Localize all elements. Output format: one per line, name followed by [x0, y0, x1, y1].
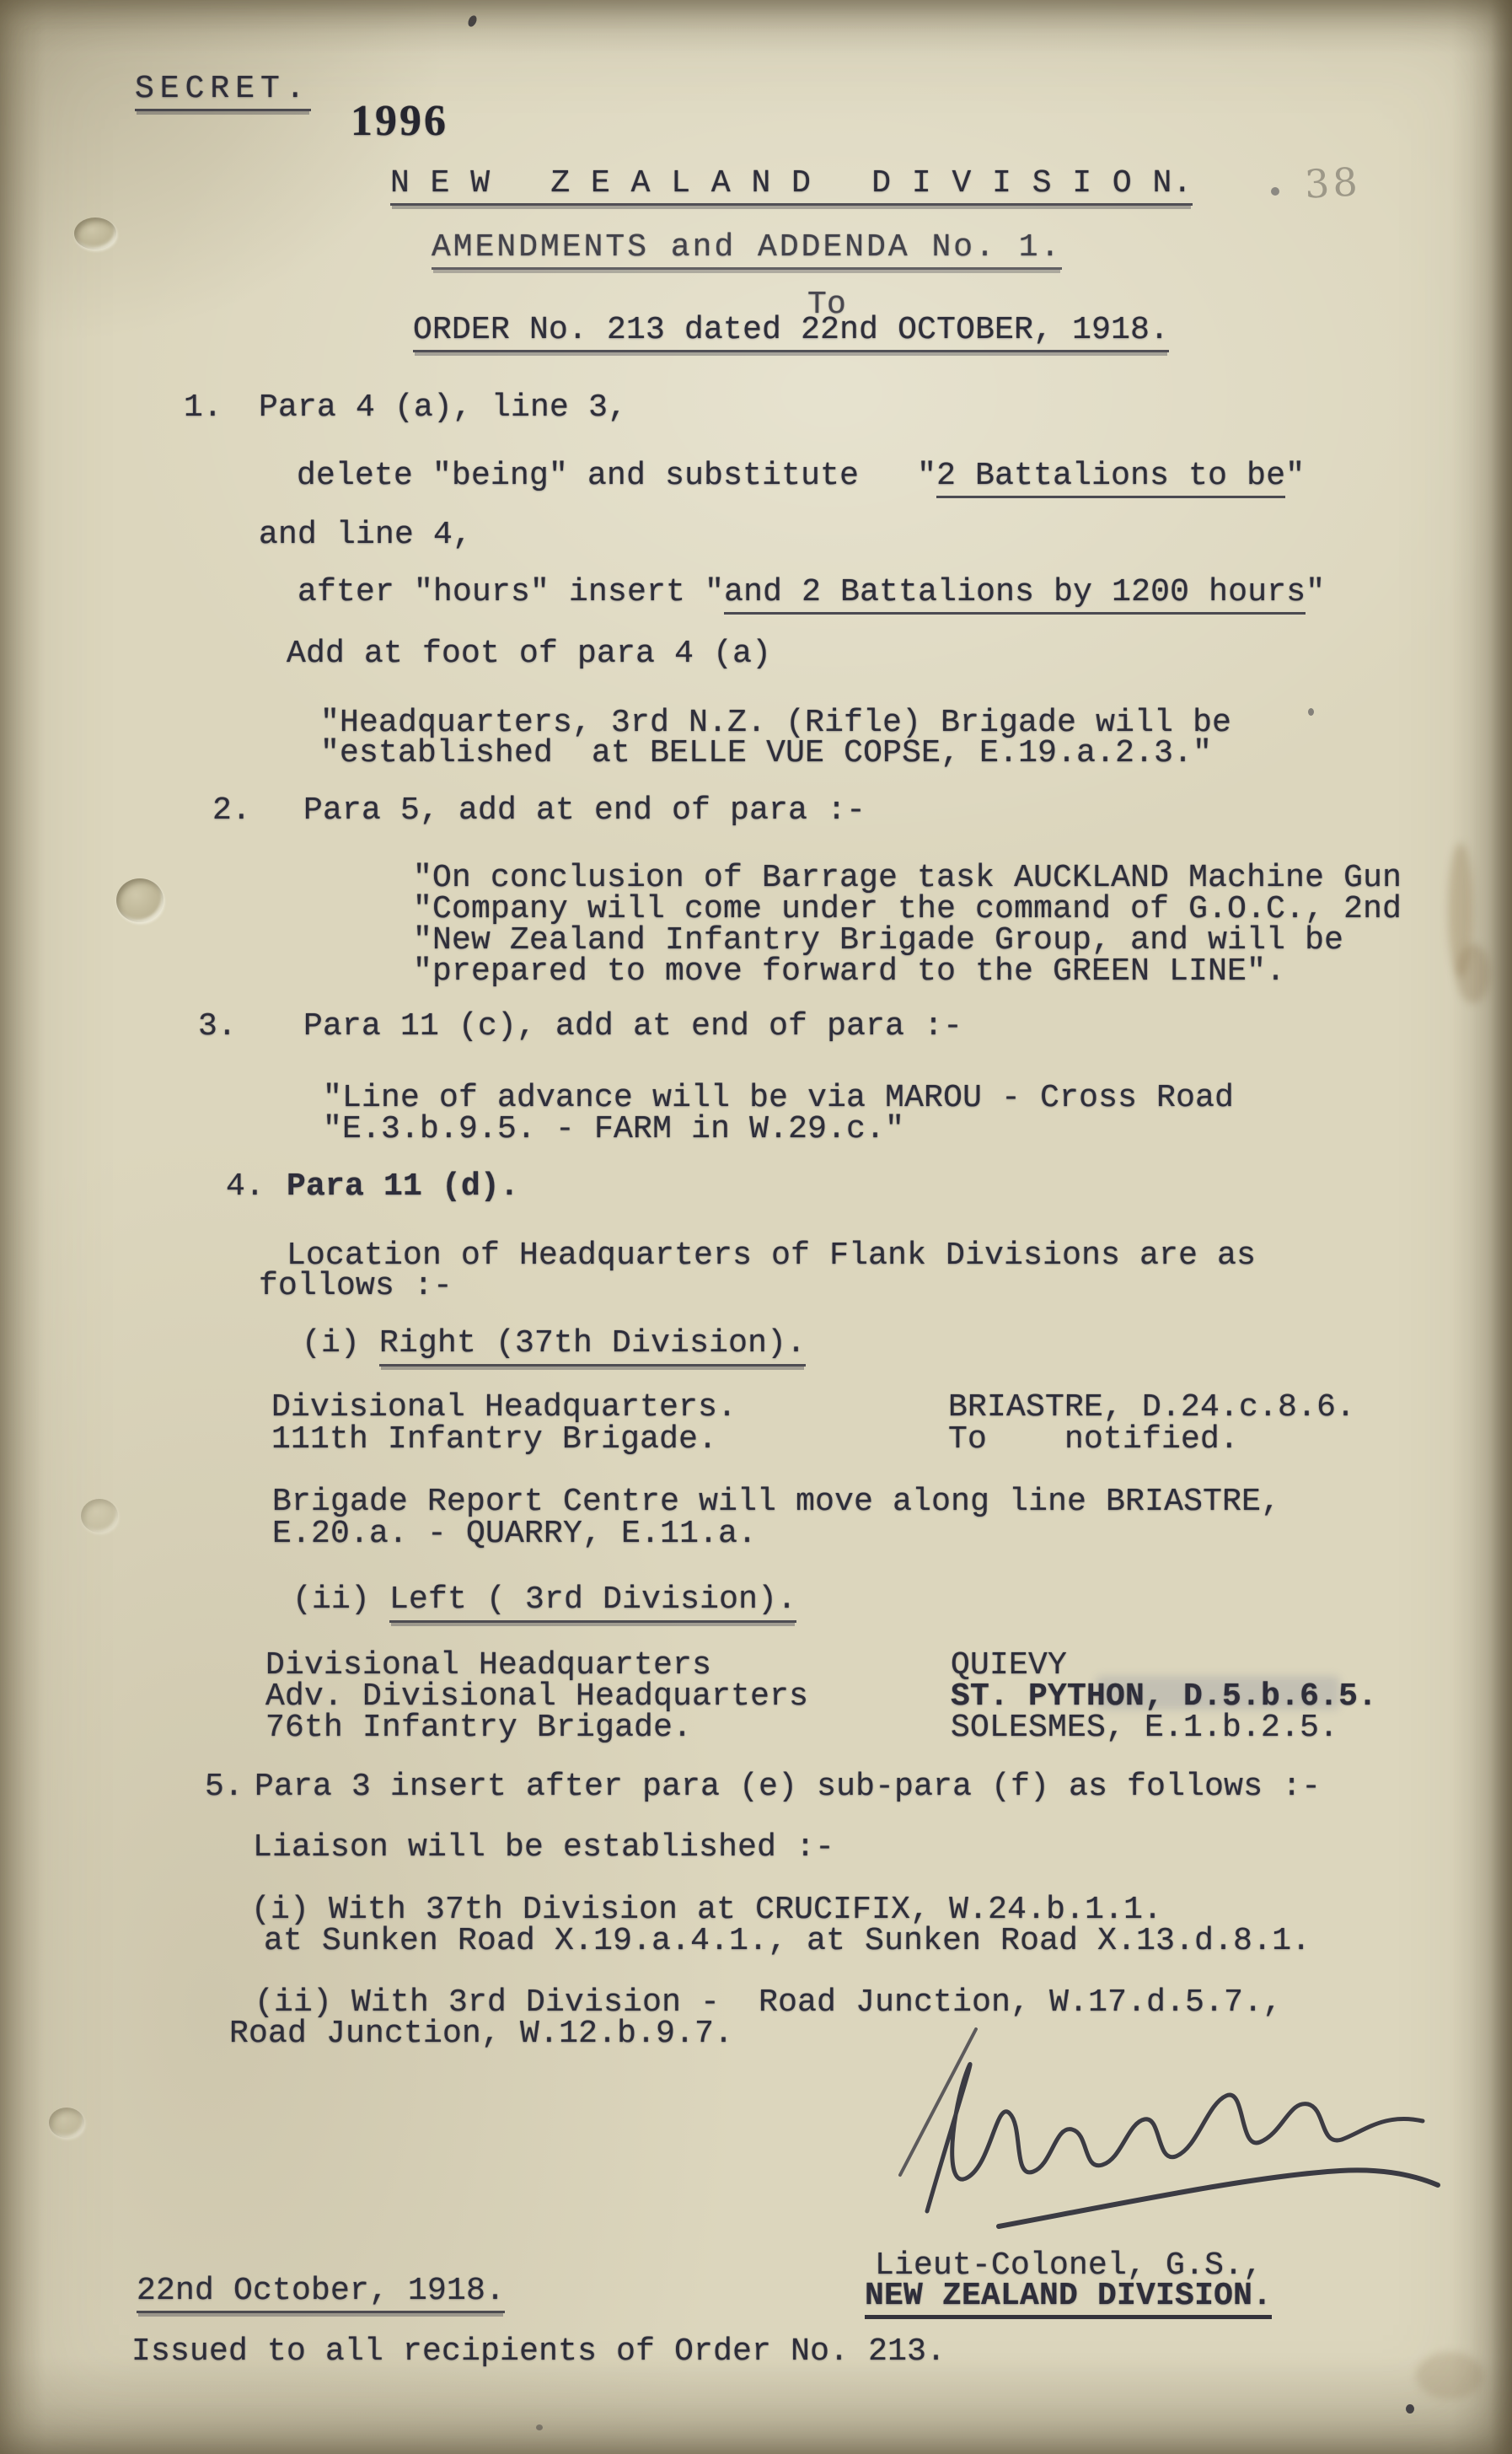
order-reference: ORDER No. 213 dated 22nd OCTOBER, 1918.: [413, 314, 1169, 352]
list-marker: (i): [302, 1325, 379, 1361]
right-flank-heading: (i) Right (37th Division).: [302, 1327, 806, 1361]
para-2-number: 2.: [212, 794, 251, 828]
ink-speck: [1308, 708, 1314, 716]
classification-stamp: SECRET.: [135, 72, 311, 111]
punch-hole: [49, 2108, 84, 2138]
ink-speck: [466, 14, 478, 28]
stain: [1448, 843, 1473, 978]
liaison-sub-line: (i) With 37th Division at CRUCIFIX, W.24…: [251, 1893, 1162, 1927]
para-1-quote-line: "established at BELLE VUE COPSE, E.19.a.…: [320, 737, 1212, 771]
liaison-line: Liaison will be established :-: [253, 1831, 834, 1865]
ink-speck: [1406, 2404, 1414, 2414]
para-1-after-line: after "hours" insert "and 2 Battalions b…: [298, 576, 1325, 609]
hq-row-value: SOLESMES, E.1.b.2.5.: [951, 1711, 1338, 1745]
ink-speck: [536, 2424, 543, 2430]
para-1-number: 1.: [184, 391, 223, 425]
para-4-intro-line: follows :-: [259, 1270, 453, 1303]
amendment-text: after "hours" insert ": [298, 574, 724, 610]
hq-row-label: 76th Infantry Brigade.: [265, 1711, 692, 1745]
para-2-quote-line: "Company will come under the command of …: [413, 893, 1402, 926]
punch-hole: [116, 878, 164, 922]
distribution-note: Issued to all recipients of Order No. 21…: [131, 2335, 946, 2369]
stain: [1456, 944, 1490, 1003]
para-1-delete-line: delete "being" and substitute "2 Battali…: [297, 459, 1305, 493]
report-centre-line: Brigade Report Centre will move along li…: [272, 1485, 1280, 1519]
amendments-subtitle: AMENDMENTS and ADDENDA No. 1.: [432, 231, 1062, 270]
hq-row-label: Divisional Headquarters.: [271, 1391, 737, 1425]
document-sheet: SECRET. 1996 38 N E W Z E A L A N D D I …: [0, 0, 1512, 2454]
para-2-heading: Para 5, add at end of para :-: [303, 794, 866, 828]
stain: [1416, 2352, 1483, 2399]
punch-hole: [74, 217, 116, 250]
document-title: N E W Z E A L A N D D I V I S I O N.: [390, 167, 1193, 206]
left-flank-title: Left ( 3rd Division).: [389, 1581, 796, 1623]
punch-hole: [81, 1499, 118, 1533]
amendment-text: ": [1306, 574, 1325, 610]
ink-speck: [1271, 187, 1279, 196]
hq-row-value: ST. PYTHON, D.5.b.6.5.: [951, 1680, 1377, 1714]
hq-row-value: BRIASTRE, D.24.c.8.6.: [948, 1391, 1355, 1425]
left-flank-heading: (ii) Left ( 3rd Division).: [292, 1583, 796, 1617]
hq-row-value: QUIEVY: [951, 1649, 1067, 1683]
para-3-number: 3.: [198, 1010, 237, 1044]
signature-scrawl: [868, 2011, 1450, 2255]
amendment-text: ": [1285, 458, 1305, 494]
para-4-heading: Para 11 (d).: [287, 1170, 519, 1204]
hq-row-value: To notified.: [948, 1423, 1239, 1457]
para-3-quote-line: "Line of advance will be via MAROU - Cro…: [323, 1082, 1234, 1115]
amendment-text: delete "being" and substitute ": [297, 458, 936, 494]
para-4-number: 4.: [226, 1170, 265, 1204]
footer-date: 22nd October, 1918.: [137, 2274, 505, 2313]
hq-row-label: 111th Infantry Brigade.: [271, 1423, 717, 1457]
para-3-quote-line: "E.3.b.9.5. - FARM in W.29.c.": [323, 1113, 904, 1146]
serial-number: 1996: [351, 99, 448, 143]
para-2-quote-line: "New Zealand Infantry Brigade Group, and…: [413, 924, 1343, 958]
para-5-number: 5.: [205, 1770, 244, 1804]
signature-division: NEW ZEALAND DIVISION.: [865, 2279, 1272, 2319]
pencil-page-number: 38: [1304, 162, 1362, 203]
para-3-heading: Para 11 (c), add at end of para :-: [303, 1010, 962, 1044]
amendment-underlined-text: 2 Battalions to be: [936, 458, 1285, 498]
liaison-sub-line: Road Junction, W.12.b.9.7.: [229, 2017, 733, 2051]
para-2-quote-line: "On conclusion of Barrage task AUCKLAND …: [413, 862, 1402, 895]
hq-row-label: Adv. Divisional Headquarters: [265, 1680, 808, 1714]
list-marker: (ii): [292, 1581, 389, 1618]
para-1-heading: Para 4 (a), line 3,: [259, 391, 627, 425]
amendment-underlined-text: and 2 Battalions by 1200 hours: [724, 574, 1306, 615]
hq-row-label: Divisional Headquarters: [265, 1649, 711, 1683]
para-5-heading: Para 3 insert after para (e) sub-para (f…: [255, 1770, 1321, 1804]
para-1-add-line: Add at foot of para 4 (a): [287, 637, 771, 671]
para-2-quote-line: "prepared to move forward to the GREEN L…: [413, 955, 1285, 989]
para-1-and-line: and line 4,: [259, 518, 472, 552]
liaison-sub-line: at Sunken Road X.19.a.4.1., at Sunken Ro…: [264, 1925, 1311, 1958]
report-centre-line: E.20.a. - QUARRY, E.11.a.: [272, 1517, 757, 1551]
right-flank-title: Right (37th Division).: [379, 1325, 806, 1367]
